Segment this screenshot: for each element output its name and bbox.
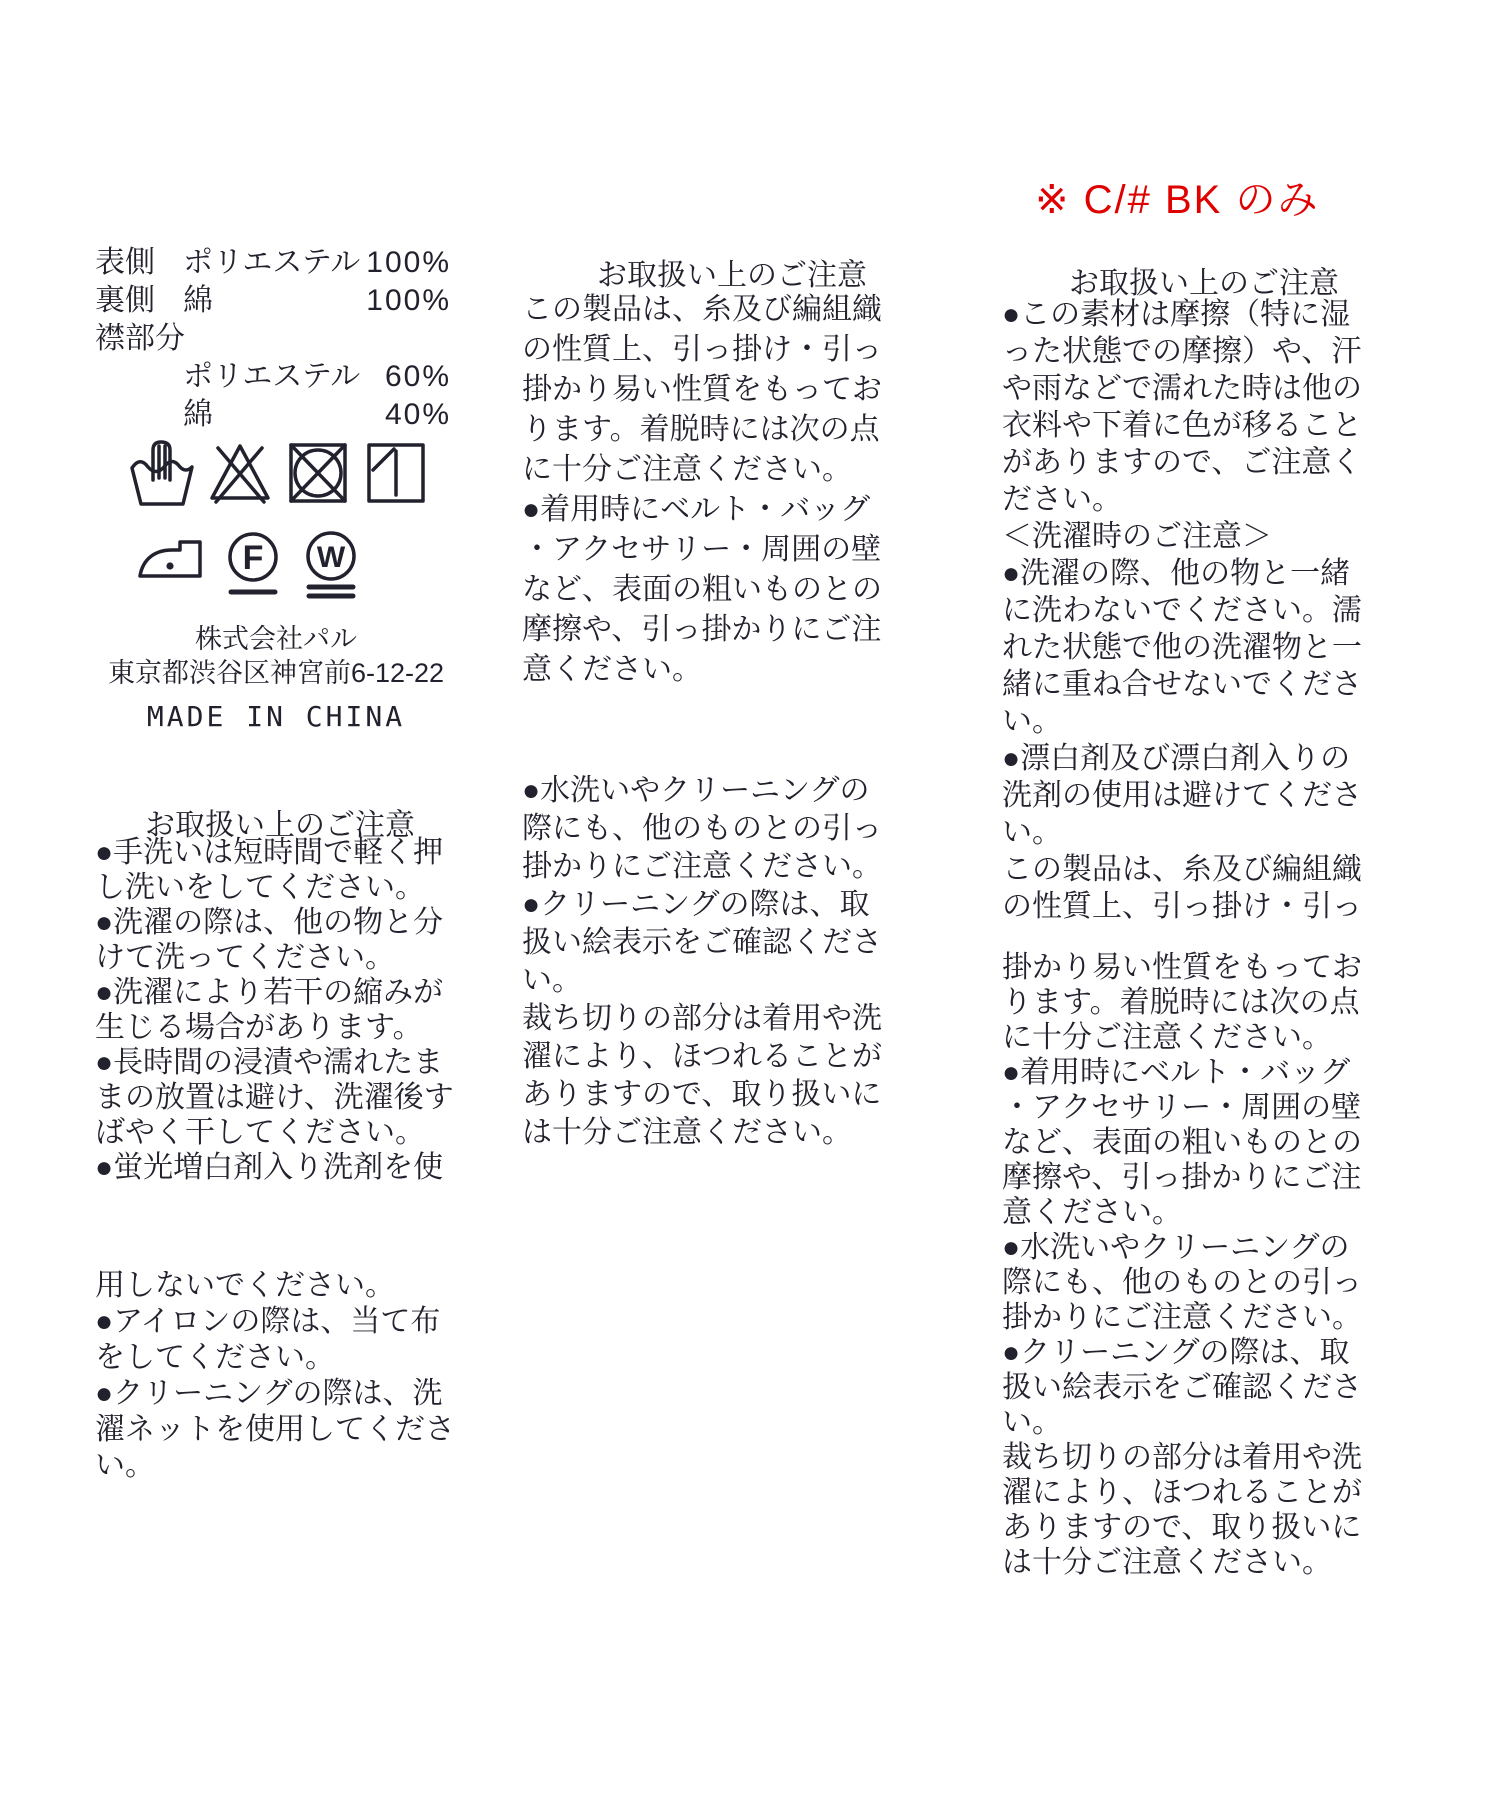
middle-care-title: お取扱い上のご注意 [520, 250, 944, 294]
do-not-tumble-dry-icon [284, 438, 352, 508]
composition-row: 綿 40% [95, 396, 451, 434]
right-care-text-block-2: 掛かり易い性質をもってお ります。着脱時には次の点 に十分ご注意ください。 ●着… [1002, 950, 1438, 1580]
country-of-origin: MADE IN CHINA [95, 700, 457, 733]
composition-row: 襟部分 [95, 320, 451, 358]
iron-low-heat-icon [136, 530, 206, 594]
fabric-composition-table: 表側 ポリエステル 100% 裏側 綿 100% 襟部分 ポリエステル 60% … [95, 244, 451, 434]
composition-row: ポリエステル 60% [95, 358, 451, 396]
composition-part: 表側 [95, 244, 183, 282]
composition-material: 綿 [183, 282, 213, 320]
dry-clean-petroleum-gentle-icon: F [222, 530, 284, 600]
left-care-text-block-2: 用しないでください。 ●アイロンの際は、当て布 をしてください。 ●クリーニング… [95, 1268, 480, 1484]
composition-part: 襟部分 [95, 320, 185, 358]
composition-part: 裏側 [95, 282, 183, 320]
line-dry-in-shade-icon [362, 438, 430, 508]
composition-percent: 100% [366, 244, 451, 282]
svg-text:F: F [243, 539, 264, 577]
composition-part [95, 358, 183, 396]
company-address: 東京都渋谷区神宮前6-12-22 [95, 656, 457, 690]
care-symbols-row-1 [128, 438, 430, 508]
composition-material: ポリエステル [183, 358, 360, 396]
wet-clean-very-gentle-icon: W [300, 530, 362, 600]
composition-row: 表側 ポリエステル 100% [95, 244, 451, 282]
hand-wash-icon [128, 438, 196, 508]
middle-care-text-block-2: ●水洗いやクリーニングの 際にも、他のものとの引っ 掛かりにご注意ください。 ●… [522, 772, 946, 1152]
right-care-text-block-1: ●この素材は摩擦（特に湿 った状態での摩擦）や、汗 や雨などで濡れた時は他の 衣… [1002, 296, 1438, 925]
svg-text:W: W [317, 541, 346, 574]
composition-material: 綿 [183, 396, 213, 434]
composition-percent: 60% [385, 358, 451, 396]
color-restriction-note: ※ C/# BK のみ [1035, 168, 1319, 225]
composition-part [95, 396, 183, 434]
composition-row: 裏側 綿 100% [95, 282, 451, 320]
middle-care-text-block-1: この製品は、糸及び編組織 の性質上、引っ掛け・引っ 掛かり易い性質をもってお り… [522, 290, 946, 690]
company-name: 株式会社パル [95, 622, 457, 656]
do-not-bleach-icon [206, 438, 274, 508]
care-symbols-row-2: F W [136, 530, 362, 600]
composition-percent: 100% [366, 282, 451, 320]
composition-material: ポリエステル [183, 244, 360, 282]
manufacturer-info: 株式会社パル 東京都渋谷区神宮前6-12-22 [95, 622, 457, 690]
composition-percent: 40% [385, 396, 451, 434]
left-care-text-block-1: ●手洗いは短時間で軽く押 し洗いをしてください。 ●洗濯の際は、他の物と分 けて… [95, 835, 480, 1185]
care-label-page: ※ C/# BK のみ 表側 ポリエステル 100% 裏側 綿 100% 襟部分… [0, 0, 1500, 1800]
